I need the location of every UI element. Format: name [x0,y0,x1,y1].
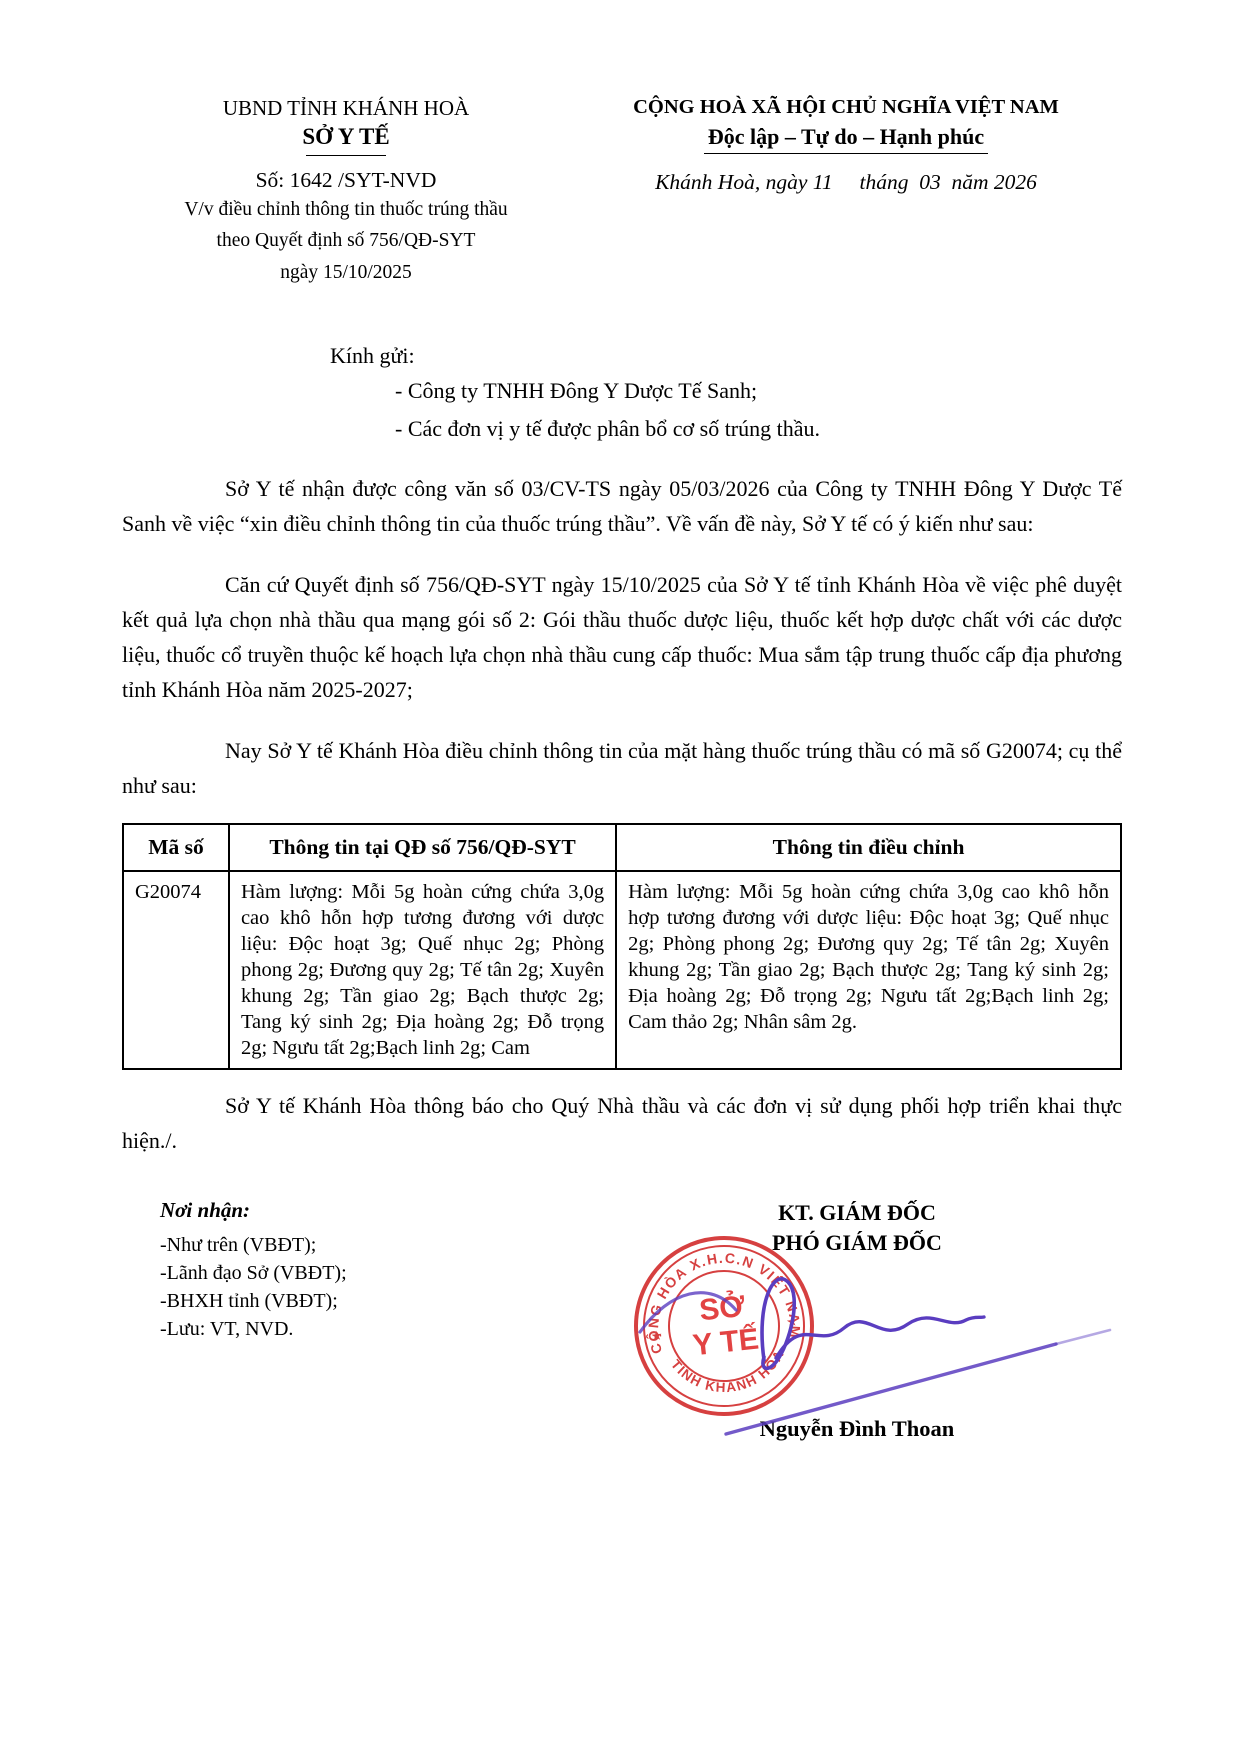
distribution-item: -BHXH tỉnh (VBĐT); [160,1287,627,1315]
signer-title-1: KT. GIÁM ĐỐC [627,1198,1087,1228]
distribution-item: -Lãnh đạo Sở (VBĐT); [160,1259,627,1287]
stamp-center-line2: Y TẾ [691,1322,760,1363]
subject-line-3: ngày 15/10/2025 [122,258,570,287]
closing-paragraph: Sở Y tế Khánh Hòa thông báo cho Quý Nhà … [122,1088,1122,1158]
place-date-line: Khánh Hoà, ngày 11 tháng 03 năm 2026 [570,170,1122,195]
national-header-block: CỘNG HOÀ XÃ HỘI CHỦ NGHĨA VIỆT NAM Độc l… [570,96,1122,287]
issuing-org-block: UBND TỈNH KHÁNH HOÀ SỞ Y TẾ Số: 1642 /SY… [122,96,570,287]
national-title: CỘNG HOÀ XÃ HỘI CHỦ NGHĨA VIỆT NAM [570,96,1122,119]
document-number: Số: 1642 /SYT-NVD [122,168,570,193]
stamp-center-line1: SỞ [698,1289,747,1328]
table-row: G20074 Hàm lượng: Mỗi 5g hoàn cứng chứa … [123,871,1121,1069]
paragraph-2: Căn cứ Quyết định số 756/QĐ-SYT ngày 15/… [122,567,1122,707]
letter-header: UBND TỈNH KHÁNH HOÀ SỞ Y TẾ Số: 1642 /SY… [122,96,1122,287]
stamp-seal-graphic: CỘNG HÒA X.H.C.N VIỆT NAM TỈNH KHÁNH HÒA… [623,1225,825,1427]
letter-content: UBND TỈNH KHÁNH HOÀ SỞ Y TẾ Số: 1642 /SY… [122,96,1122,1442]
distribution-list: -Như trên (VBĐT); -Lãnh đạo Sở (VBĐT); -… [122,1231,627,1343]
distribution-item: -Như trên (VBĐT); [160,1231,627,1259]
stamp-star-right: ★ [785,1313,798,1329]
column-header-old-info: Thông tin tại QĐ số 756/QĐ-SYT [229,824,616,871]
org-name: SỞ Y TẾ [122,124,570,150]
letter-footer: Nơi nhận: -Như trên (VBĐT); -Lãnh đạo Sở… [122,1198,1122,1442]
official-stamp: CỘNG HÒA X.H.C.N VIỆT NAM TỈNH KHÁNH HÒA… [632,1234,816,1418]
recipient-item: - Các đơn vị y tế được phân bổ cơ số trú… [395,413,1122,445]
column-header-adjusted-info: Thông tin điều chỉnh [616,824,1121,871]
recipients-label: Kính gửi: [330,343,1122,369]
subject-line-2: theo Quyết định số 756/QĐ-SYT [122,226,570,255]
recipients-block: Kính gửi: - Công ty TNHH Đông Y Dược Tế … [122,343,1122,445]
adjustment-table: Mã số Thông tin tại QĐ số 756/QĐ-SYT Thô… [122,823,1122,1070]
parent-org-name: UBND TỈNH KHÁNH HOÀ [122,96,570,121]
paragraph-3: Nay Sở Y tế Khánh Hòa điều chỉnh thông t… [122,733,1122,803]
distribution-item: -Lưu: VT, NVD. [160,1315,627,1343]
distribution-label: Nơi nhận: [160,1198,627,1223]
distribution-list-block: Nơi nhận: -Như trên (VBĐT); -Lãnh đạo Sở… [122,1198,627,1442]
stamp-star-left: ★ [650,1328,663,1344]
national-motto: Độc lập – Tự do – Hạnh phúc [704,124,988,154]
old-info-cell: Hàm lượng: Mỗi 5g hoàn cứng chứa 3,0g ca… [229,871,616,1069]
org-underline [306,155,386,156]
column-header-code: Mã số [123,824,229,871]
recipient-item: - Công ty TNHH Đông Y Dược Tế Sanh; [395,375,1122,407]
paragraph-1: Sở Y tế nhận được công văn số 03/CV-TS n… [122,471,1122,541]
subject-line-1: V/v điều chỉnh thông tin thuốc trúng thầ… [122,195,570,224]
adjusted-info-cell: Hàm lượng: Mỗi 5g hoàn cứng chứa 3,0g ca… [616,871,1121,1069]
drug-code-cell: G20074 [123,871,229,1069]
table-header-row: Mã số Thông tin tại QĐ số 756/QĐ-SYT Thô… [123,824,1121,871]
official-letter-page: UBND TỈNH KHÁNH HOÀ SỞ Y TẾ Số: 1642 /SY… [0,0,1241,1755]
